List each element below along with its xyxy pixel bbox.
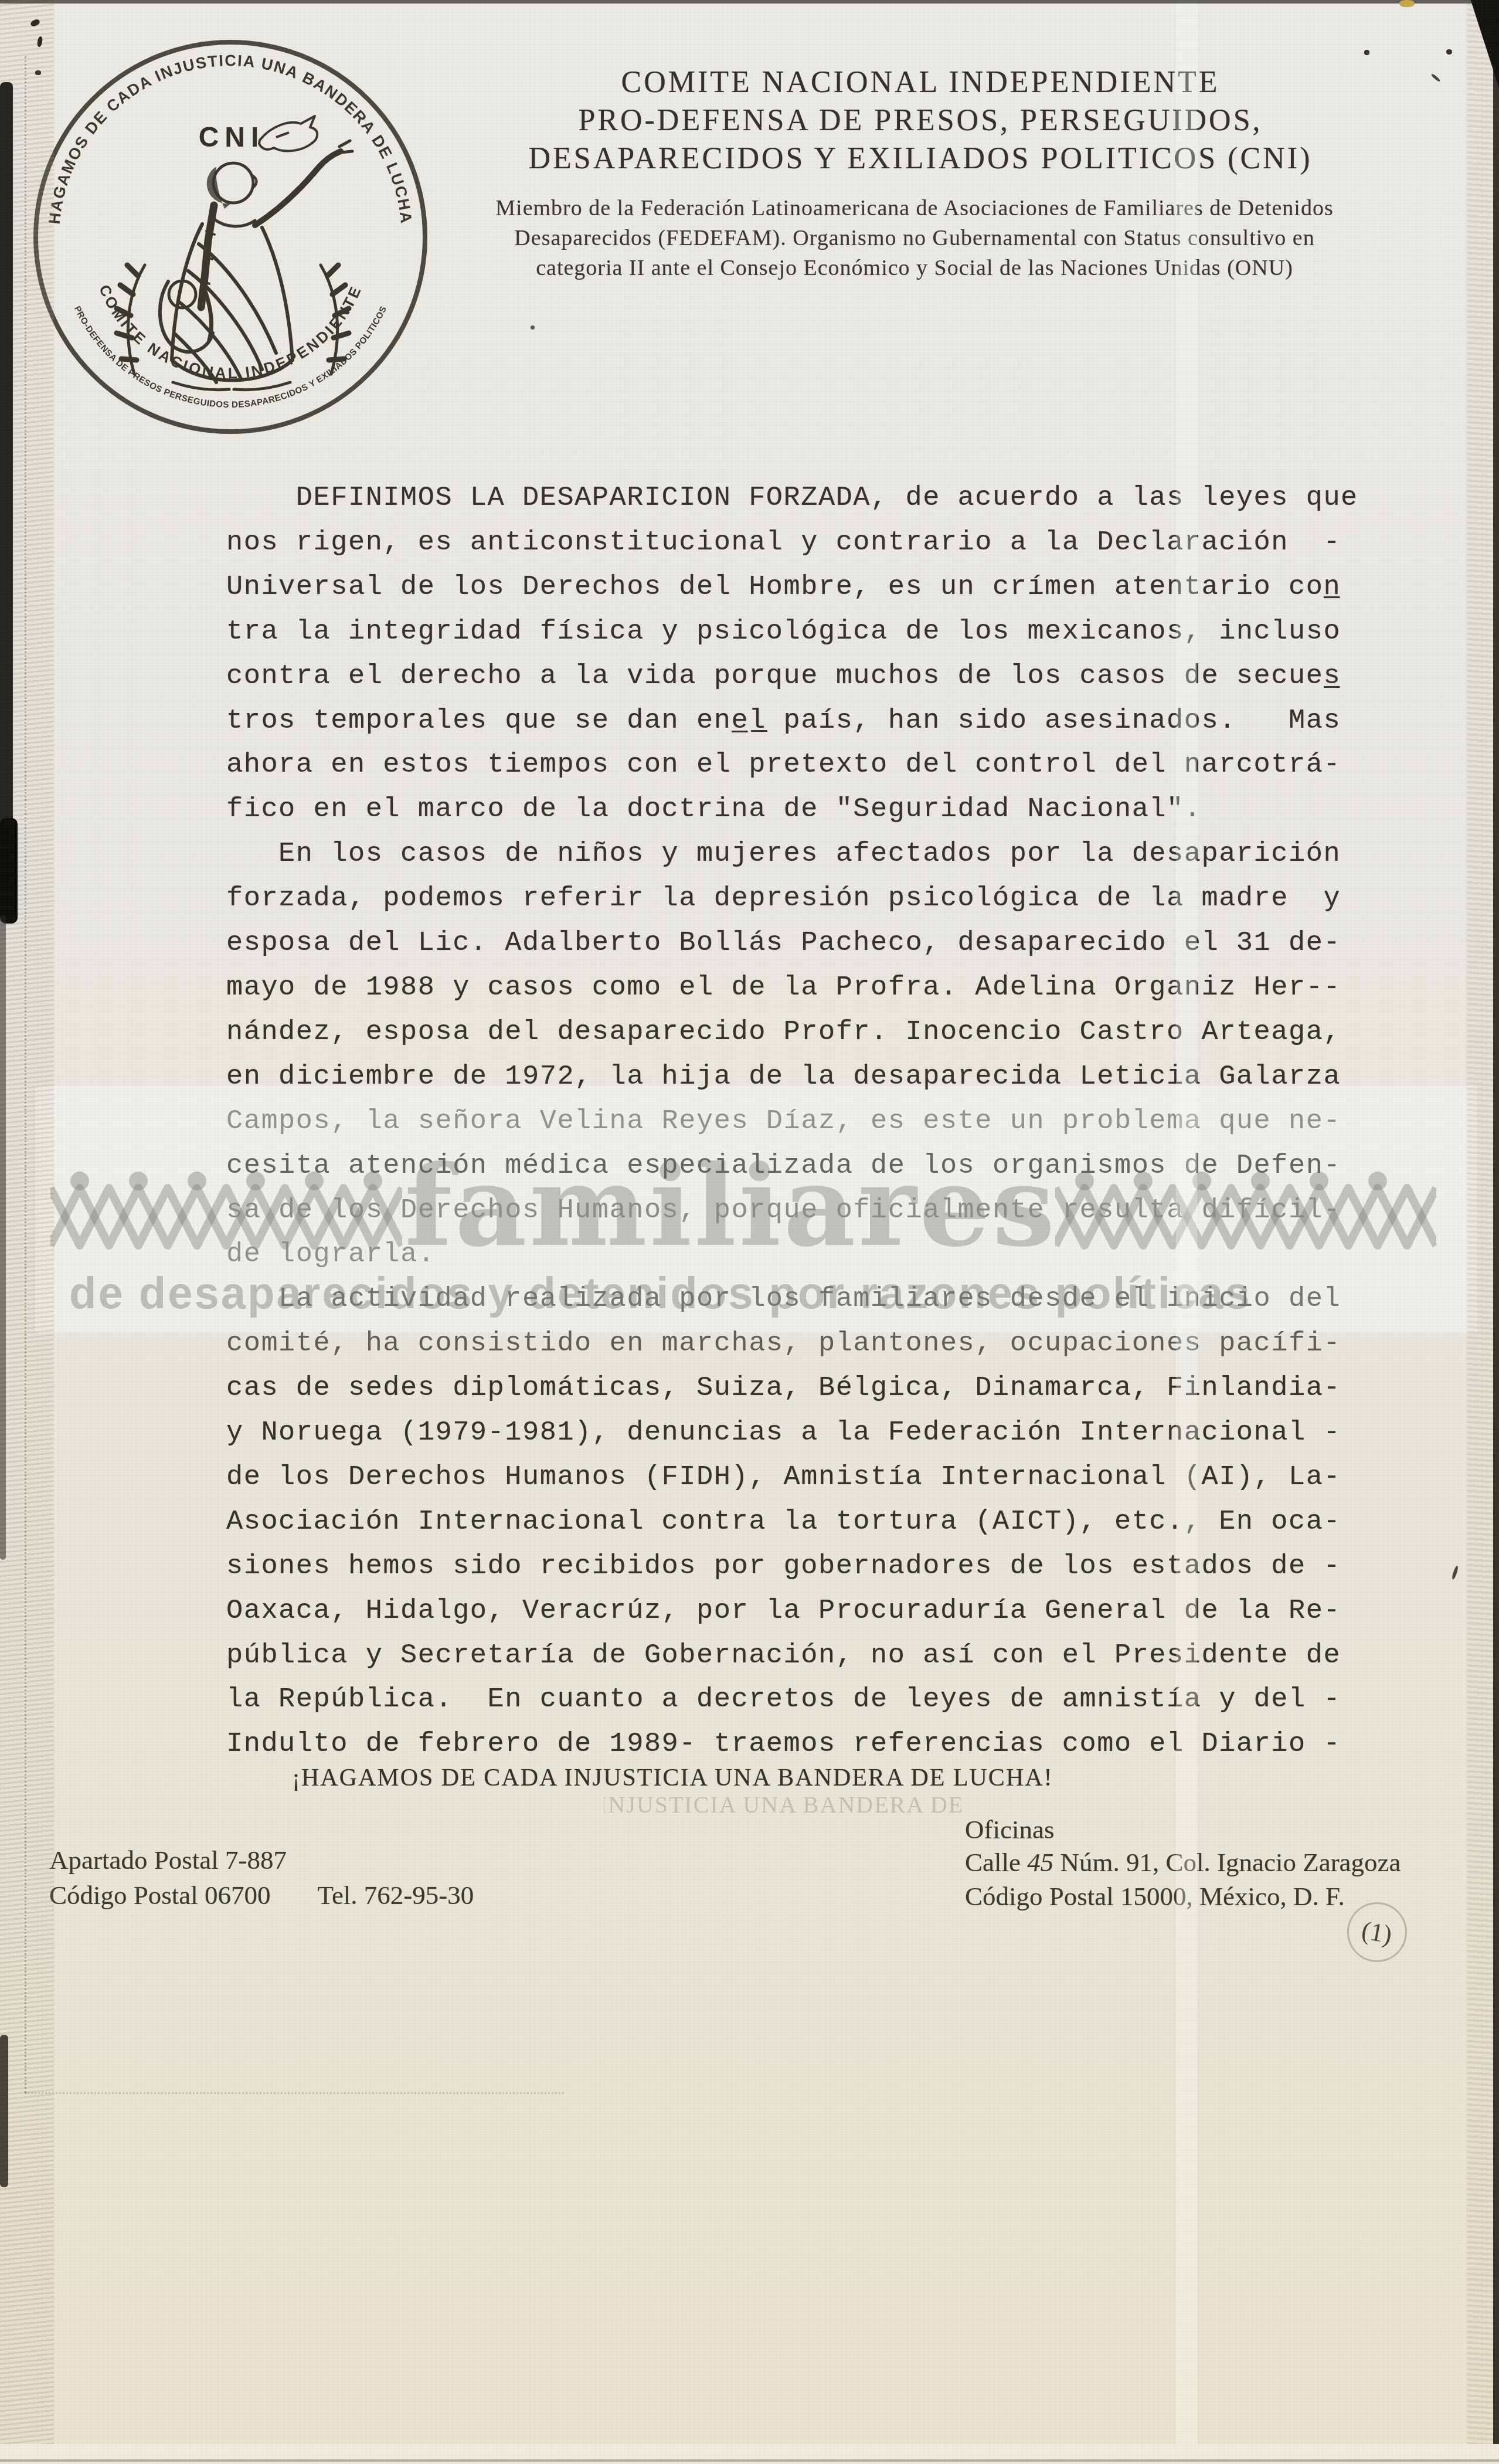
body-line: contra el derecho a la vida porque mucho… (226, 654, 1399, 699)
body-line: nández, esposa del desaparecido Profr. I… (226, 1010, 1399, 1055)
paper-stain (1399, 0, 1415, 7)
ink-speck (531, 325, 535, 330)
dove-icon (259, 116, 317, 151)
footer-codigo-postal-06700: Código Postal 06700 (49, 1880, 271, 1910)
scan-black-strip (0, 915, 6, 1560)
body-line: fico en el marco de la doctrina de "Segu… (226, 788, 1399, 832)
scan-black-blob (0, 818, 18, 924)
ink-speck (1451, 1566, 1459, 1580)
handwritten-page-mark: (1) (1347, 1902, 1407, 1962)
body-line: y Noruega (1979-1981), denuncias a la Fe… (226, 1411, 1399, 1455)
seal-arc-bottom-large-text: COMITE NACIONAL INDEPENDIENTE (96, 282, 365, 382)
body-line: En los casos de niños y mujeres afectado… (226, 832, 1399, 877)
slogan-line: ¡HAGAMOS DE CADA INJUSTICIA UNA BANDERA … (292, 1764, 1053, 1792)
footer-apartado: Apartado Postal 7-887 (49, 1845, 287, 1875)
subtitle-line-1: Miembro de la Federación Latinoamericana… (410, 194, 1419, 223)
body-line-faded: comité, ha consistido en marchas, planto… (226, 1322, 1399, 1366)
footer-telephone: Tel. 762-95-30 (318, 1880, 474, 1910)
letterhead-subtitle: Miembro de la Federación Latinoamericana… (410, 194, 1419, 283)
body-line: tros temporales que se dan ene̲l̲ país, … (226, 699, 1399, 744)
body-line: cas de sedes diplomáticas, Suiza, Bélgic… (226, 1366, 1399, 1411)
subtitle-line-2: Desaparecidos (FEDEFAM). Organismo no Gu… (410, 223, 1419, 253)
seal-acronym: CNI (199, 122, 265, 153)
body-line: Universal de los Derechos del Hombre, es… (226, 565, 1399, 610)
fold-guide-horizontal (25, 2092, 564, 2094)
cni-seal-logo: HAGAMOS DE CADA INJUSTICIA UNA BANDERA D… (25, 32, 436, 442)
body-line: siones hemos sido recibidos por gobernad… (226, 1545, 1399, 1589)
body-line: Asociación Internacional contra la tortu… (226, 1500, 1399, 1545)
body-line: esposa del Lic. Adalberto Bollás Pacheco… (226, 921, 1399, 966)
body-line-faded: La actividad realizada por los familiare… (226, 1277, 1399, 1322)
fold-guide-vertical (25, 56, 26, 2093)
scanned-letter-page: familiares de desaparecidos y detenidos … (0, 0, 1499, 2464)
footer-left-line2: Código Postal 06700 Tel. 762-95-30 (49, 1880, 474, 1910)
scan-edge-bottom-line (0, 2459, 1499, 2462)
body-line: Oaxaca, Hidalgo, Veracrúz, por la Procur… (226, 1589, 1399, 1634)
body-line-faded: Campos, la señora Velina Reyes Díaz, es … (226, 1099, 1399, 1144)
ink-speck (35, 70, 41, 75)
body-line: Indulto de febrero de 1989- traemos refe… (226, 1722, 1399, 1767)
ink-speck (1430, 73, 1440, 82)
body-line: pública y Secretaría de Gobernación, no … (226, 1634, 1399, 1678)
body-line: forzada, podemos referir la depresión ps… (226, 877, 1399, 921)
body-line: DEFINIMOS LA DESAPARICION FORZADA, de ac… (226, 476, 1399, 521)
title-line-3: DESAPARECIDOS Y EXILIADOS POLITICOS (CNI… (422, 140, 1419, 178)
body-line: la República. En cuanto a decretos de le… (226, 1678, 1399, 1722)
body-line: ahora en estos tiempos con el pretexto d… (226, 743, 1399, 788)
page-mark-text: (1) (1359, 1915, 1394, 1949)
body-line: tra la integridad física y psicológica d… (226, 610, 1399, 654)
footer-address-part3: Núm. 91, Col. Ignacio Zaragoza (1053, 1848, 1401, 1877)
body-line-faded: cesita atención médica especializada de … (226, 1144, 1399, 1189)
paper-crease (1176, 0, 1197, 2464)
scan-edge-top (0, 0, 1499, 4)
footer-oficinas-heading: Oficinas (965, 1814, 1054, 1845)
footer-address-street-number: 45 (1027, 1848, 1053, 1877)
letterhead-title: COMITE NACIONAL INDEPENDIENTE PRO-DEFENS… (422, 63, 1419, 178)
typewritten-body: DEFINIMOS LA DESAPARICION FORZADA, de ac… (226, 476, 1399, 1767)
scan-edge-right-black (1493, 0, 1499, 2464)
body-line-faded: de lograrla. (226, 1233, 1399, 1277)
body-line: nos rigen, es anticonstitucional y contr… (226, 521, 1399, 565)
mother-and-child-figure (160, 141, 352, 382)
body-line-faded: sa de los Derechos Humanos, porque ofici… (226, 1189, 1399, 1233)
body-line: de los Derechos Humanos (FIDH), Amnistía… (226, 1455, 1399, 1500)
slogan-ghost-text: ¡HAGAMOS DE CADA INJUSTICIA UNA BANDERA … (604, 1791, 967, 1818)
scan-black-strip (0, 2035, 8, 2187)
title-line-2: PRO-DEFENSA DE PRESOS, PERSEGUIDOS, (422, 101, 1419, 140)
scan-black-strip (0, 82, 13, 921)
ink-speck (1446, 49, 1452, 55)
subtitle-line-3: categoria II ante el Consejo Económico y… (410, 253, 1419, 283)
ink-speck (1364, 50, 1369, 55)
title-line-1: COMITE NACIONAL INDEPENDIENTE (422, 63, 1419, 101)
footer-address-part1: Calle (965, 1848, 1027, 1877)
body-line: mayo de 1988 y casos como el de la Profr… (226, 966, 1399, 1010)
body-line: en diciembre de 1972, la hija de la desa… (226, 1055, 1399, 1099)
slogan-ghost-print: ¡HAGAMOS DE CADA INJUSTICIA UNA BANDERA … (604, 1791, 967, 1825)
footer-codigo-postal-15000: Código Postal 15000, México, D. F. (965, 1881, 1345, 1912)
